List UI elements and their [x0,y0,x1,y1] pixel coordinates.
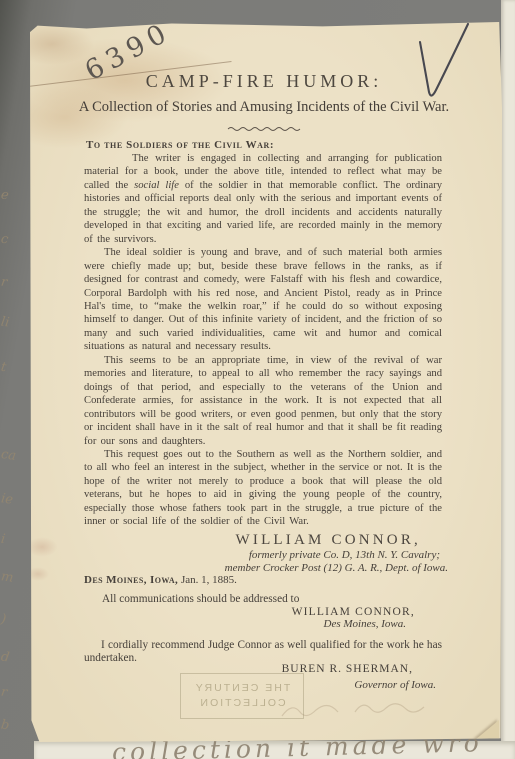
scanned-document-photo: { "annotations": { "catalog_number": "63… [0,0,515,759]
dateline-place: Des Moines, Iowa, [84,574,178,586]
handwriting-fragment: d [0,649,10,665]
paragraph-1-italic-phrase: social life [134,180,179,191]
dateline: Des Moines, Iowa, Jan. 1, 1885. [84,574,237,586]
handwriting-fragment: li [0,314,10,330]
governor-title: Governor of Iowa. [354,679,436,691]
communications-intro: All communications should be addressed t… [102,593,299,605]
paragraph-3: This seems to be an appropriate time, in… [84,354,442,448]
handwriting-fragment: b [0,717,10,733]
folded-corner [475,720,499,740]
dateline-date: Jan. 1, 1885. [178,574,237,586]
author-name: WILLIAM CONNOR, [236,532,421,549]
paragraph-1: The writer is engaged in collecting and … [84,152,442,246]
squiggle-divider [227,125,305,132]
handwriting-fragment: ca [0,447,17,464]
handwriting-fragment: r [0,685,8,701]
stamp-line-2: COLLECTION [198,696,285,711]
stamp-line-1: THE CENTURY [194,681,290,696]
endorsement-paragraph: I cordially recommend Judge Connor as we… [84,639,442,666]
ink-bleed-squiggle [280,694,450,724]
author-credential-1: formerly private Co. D, 13th N. Y. Caval… [249,549,440,561]
handwriting-fragment: i [0,532,6,547]
underlying-page-right-edge [501,0,515,759]
handwriting-fragment: m [0,569,14,586]
handwriting-fragment: ) [0,612,7,628]
communications-place: Des Moines, Iowa. [324,618,407,630]
endorsement-text: I cordially recommend Judge Connor as we… [84,639,442,666]
author-credential-2: member Crocker Post (12) G. A. R., Dept.… [225,562,448,574]
salutation-line: To the Soldiers of the Civil War: [86,139,274,151]
handwriting-fragment: e [0,188,10,204]
paragraph-2: The ideal soldier is young and brave, an… [84,246,442,354]
communications-name: WILLIAM CONNOR, [292,606,415,618]
document-subtitle: A Collection of Stories and Amusing Inci… [74,99,454,116]
document-title: CAMP-FIRE HUMOR: [84,71,444,92]
handwriting-fragment: r [0,275,8,291]
handwriting-fragment: t [0,360,7,376]
handwriting-fragment: c [0,232,9,248]
body-text: The writer is engaged in collecting and … [84,152,442,529]
paragraph-4: This request goes out to the Southern as… [84,448,442,529]
document-page: 6390 CAMP-FIRE HUMOR: A Collection of St… [30,22,502,742]
handwriting-fragment: ie [0,491,14,508]
